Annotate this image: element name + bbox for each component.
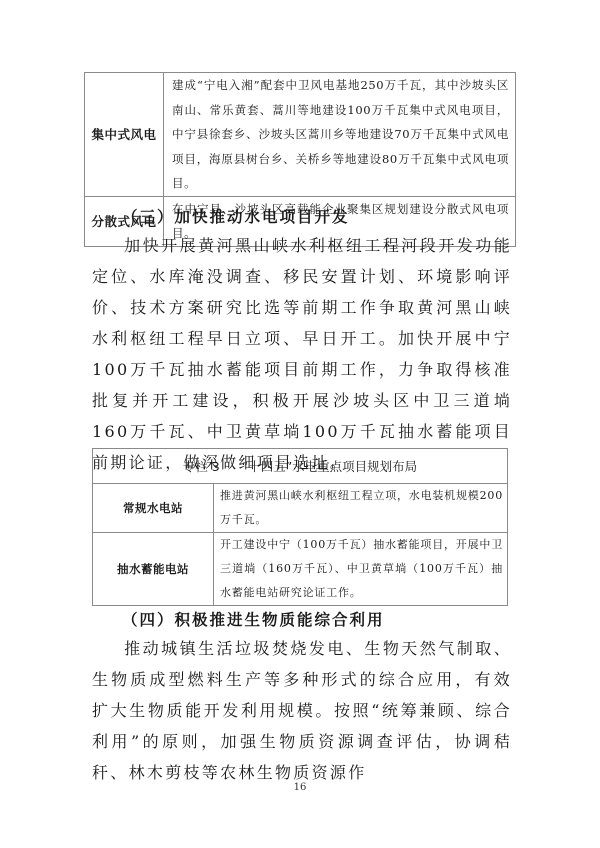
table-title: 专栏 3“十四五”水电重点项目规划布局 — [93, 449, 508, 484]
section-3-text: 加快开展黄河黑山峡水利枢纽工程河段开发功能定位、水库淹没调查、移民安置计划、环境… — [92, 236, 512, 472]
section-4-paragraph: 推动城镇生活垃圾焚烧发电、生物天然气制取、生物质成型燃料生产等多种形式的综合应用… — [92, 633, 512, 788]
table-title-row: 专栏 3“十四五”水电重点项目规划布局 — [93, 449, 508, 484]
section-3-heading: （三）加快推动水电项目开发 — [122, 205, 350, 227]
row-content: 推进黄河黑山峡水利枢纽工程立项，水电装机规模200万千瓦。 — [214, 484, 508, 533]
section-4-text: 推动城镇生活垃圾焚烧发电、生物天然气制取、生物质成型燃料生产等多种形式的综合应用… — [92, 639, 512, 782]
row-content: 开工建设中宁（100万千瓦）抽水蓄能项目，开展中卫三道埫（160万千瓦）、中卫黄… — [214, 533, 508, 606]
hydro-projects-table: 专栏 3“十四五”水电重点项目规划布局 常规水电站 推进黄河黑山峡水利枢纽工程立… — [92, 448, 508, 606]
section-3-paragraph: 加快开展黄河黑山峡水利枢纽工程河段开发功能定位、水库淹没调查、移民安置计划、环境… — [92, 230, 512, 478]
section-4-heading: （四）积极推进生物质能综合利用 — [122, 608, 385, 630]
table-row: 抽水蓄能电站 开工建设中宁（100万千瓦）抽水蓄能项目，开展中卫三道埫（160万… — [93, 533, 508, 606]
table-row: 集中式风电 建成“宁电入湘”配套中卫风电基地250万千瓦，其中沙坡头区南山、常乐… — [85, 73, 516, 197]
table-title-text: “十四五”水电重点项目规划布局 — [242, 459, 417, 474]
page-number: 16 — [290, 782, 310, 793]
row-label: 常规水电站 — [93, 484, 214, 533]
row-label: 抽水蓄能电站 — [93, 533, 214, 606]
row-label: 集中式风电 — [85, 73, 164, 197]
row-content: 建成“宁电入湘”配套中卫风电基地250万千瓦，其中沙坡头区南山、常乐黄套、蒿川等… — [164, 73, 516, 197]
table-number: 专栏 3 — [183, 459, 220, 474]
table-row: 常规水电站 推进黄河黑山峡水利枢纽工程立项，水电装机规模200万千瓦。 — [93, 484, 508, 533]
